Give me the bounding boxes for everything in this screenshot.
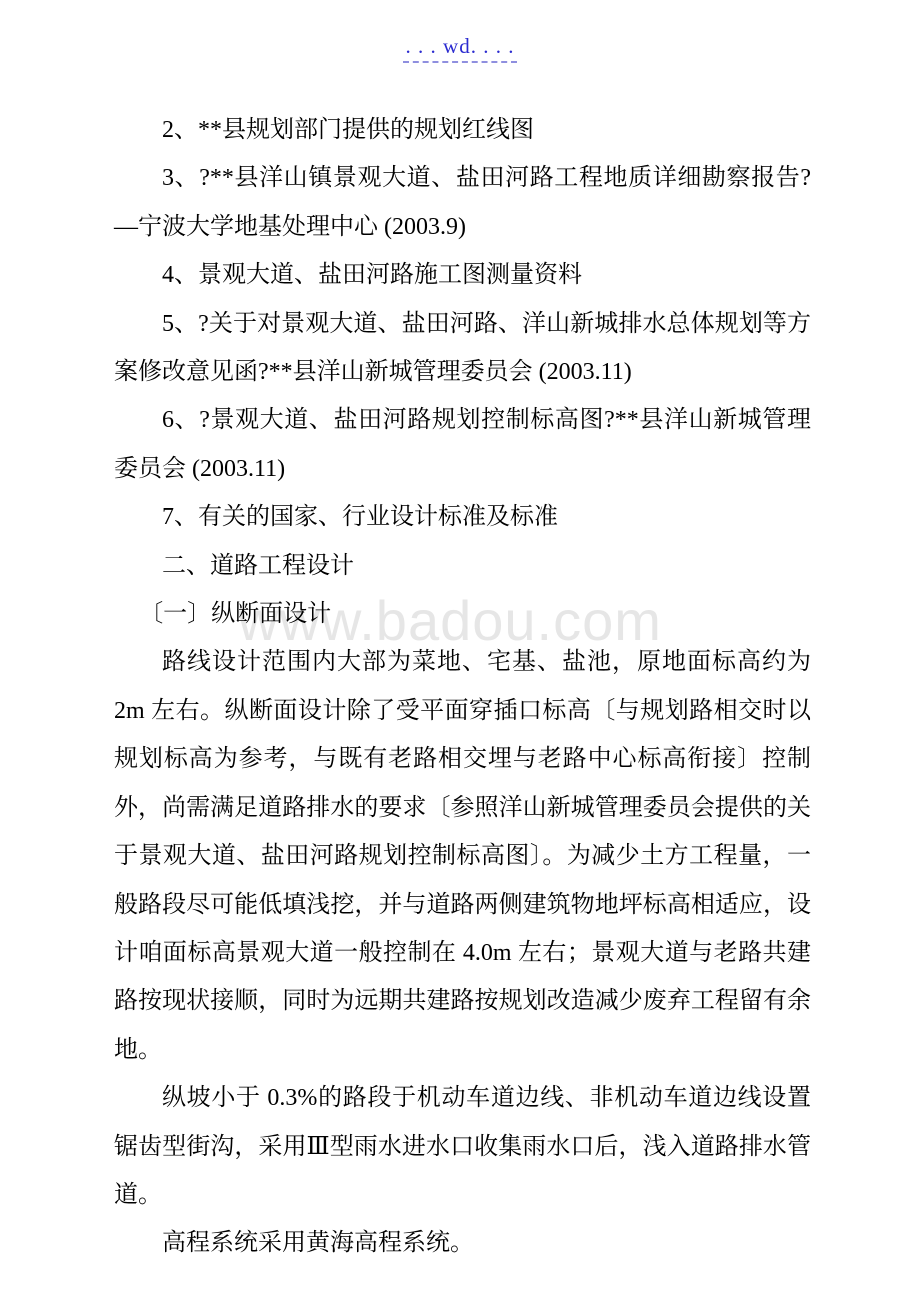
- paragraph-reference-6: 6、?景观大道、盐田河路规划控制标高图?**县洋山新城管理委员会 (2003.1…: [114, 396, 811, 493]
- document-header: . . . wd. . . .: [0, 34, 920, 63]
- subsection-heading-profile-design: 〔一〕纵断面设计: [114, 590, 811, 638]
- paragraph-reference-4: 4、景观大道、盐田河路施工图测量资料: [114, 251, 811, 299]
- document-page: . . . wd. . . . www.badou.com 2、**县规划部门提…: [0, 0, 920, 1302]
- paragraph-reference-5: 5、?关于对景观大道、盐田河路、洋山新城排水总体规划等方案修改意见函?**县洋山…: [114, 300, 811, 397]
- paragraph-reference-2: 2、**县规划部门提供的规划红线图: [114, 106, 811, 154]
- paragraph-slope-drainage: 纵坡小于 0.3%的路段于机动车道边线、非机动车道边线设置锯齿型街沟，采用Ⅲ型雨…: [114, 1074, 811, 1219]
- paragraph-profile-design-body: 路线设计范围内大部为菜地、宅基、盐池，原地面标高约为 2m 左右。纵断面设计除了…: [114, 638, 811, 1074]
- document-body: 2、**县规划部门提供的规划红线图 3、?**县洋山镇景观大道、盐田河路工程地质…: [114, 106, 811, 1268]
- paragraph-reference-3: 3、?**县洋山镇景观大道、盐田河路工程地质详细勘察报告?—宁波大学地基处理中心…: [114, 154, 811, 251]
- header-wd-link[interactable]: . . . wd. . . .: [403, 34, 518, 63]
- paragraph-elevation-system: 高程系统采用黄海高程系统。: [114, 1219, 811, 1267]
- paragraph-reference-7: 7、有关的国家、行业设计标准及标准: [114, 493, 811, 541]
- section-heading-road-design: 二、道路工程设计: [114, 542, 811, 590]
